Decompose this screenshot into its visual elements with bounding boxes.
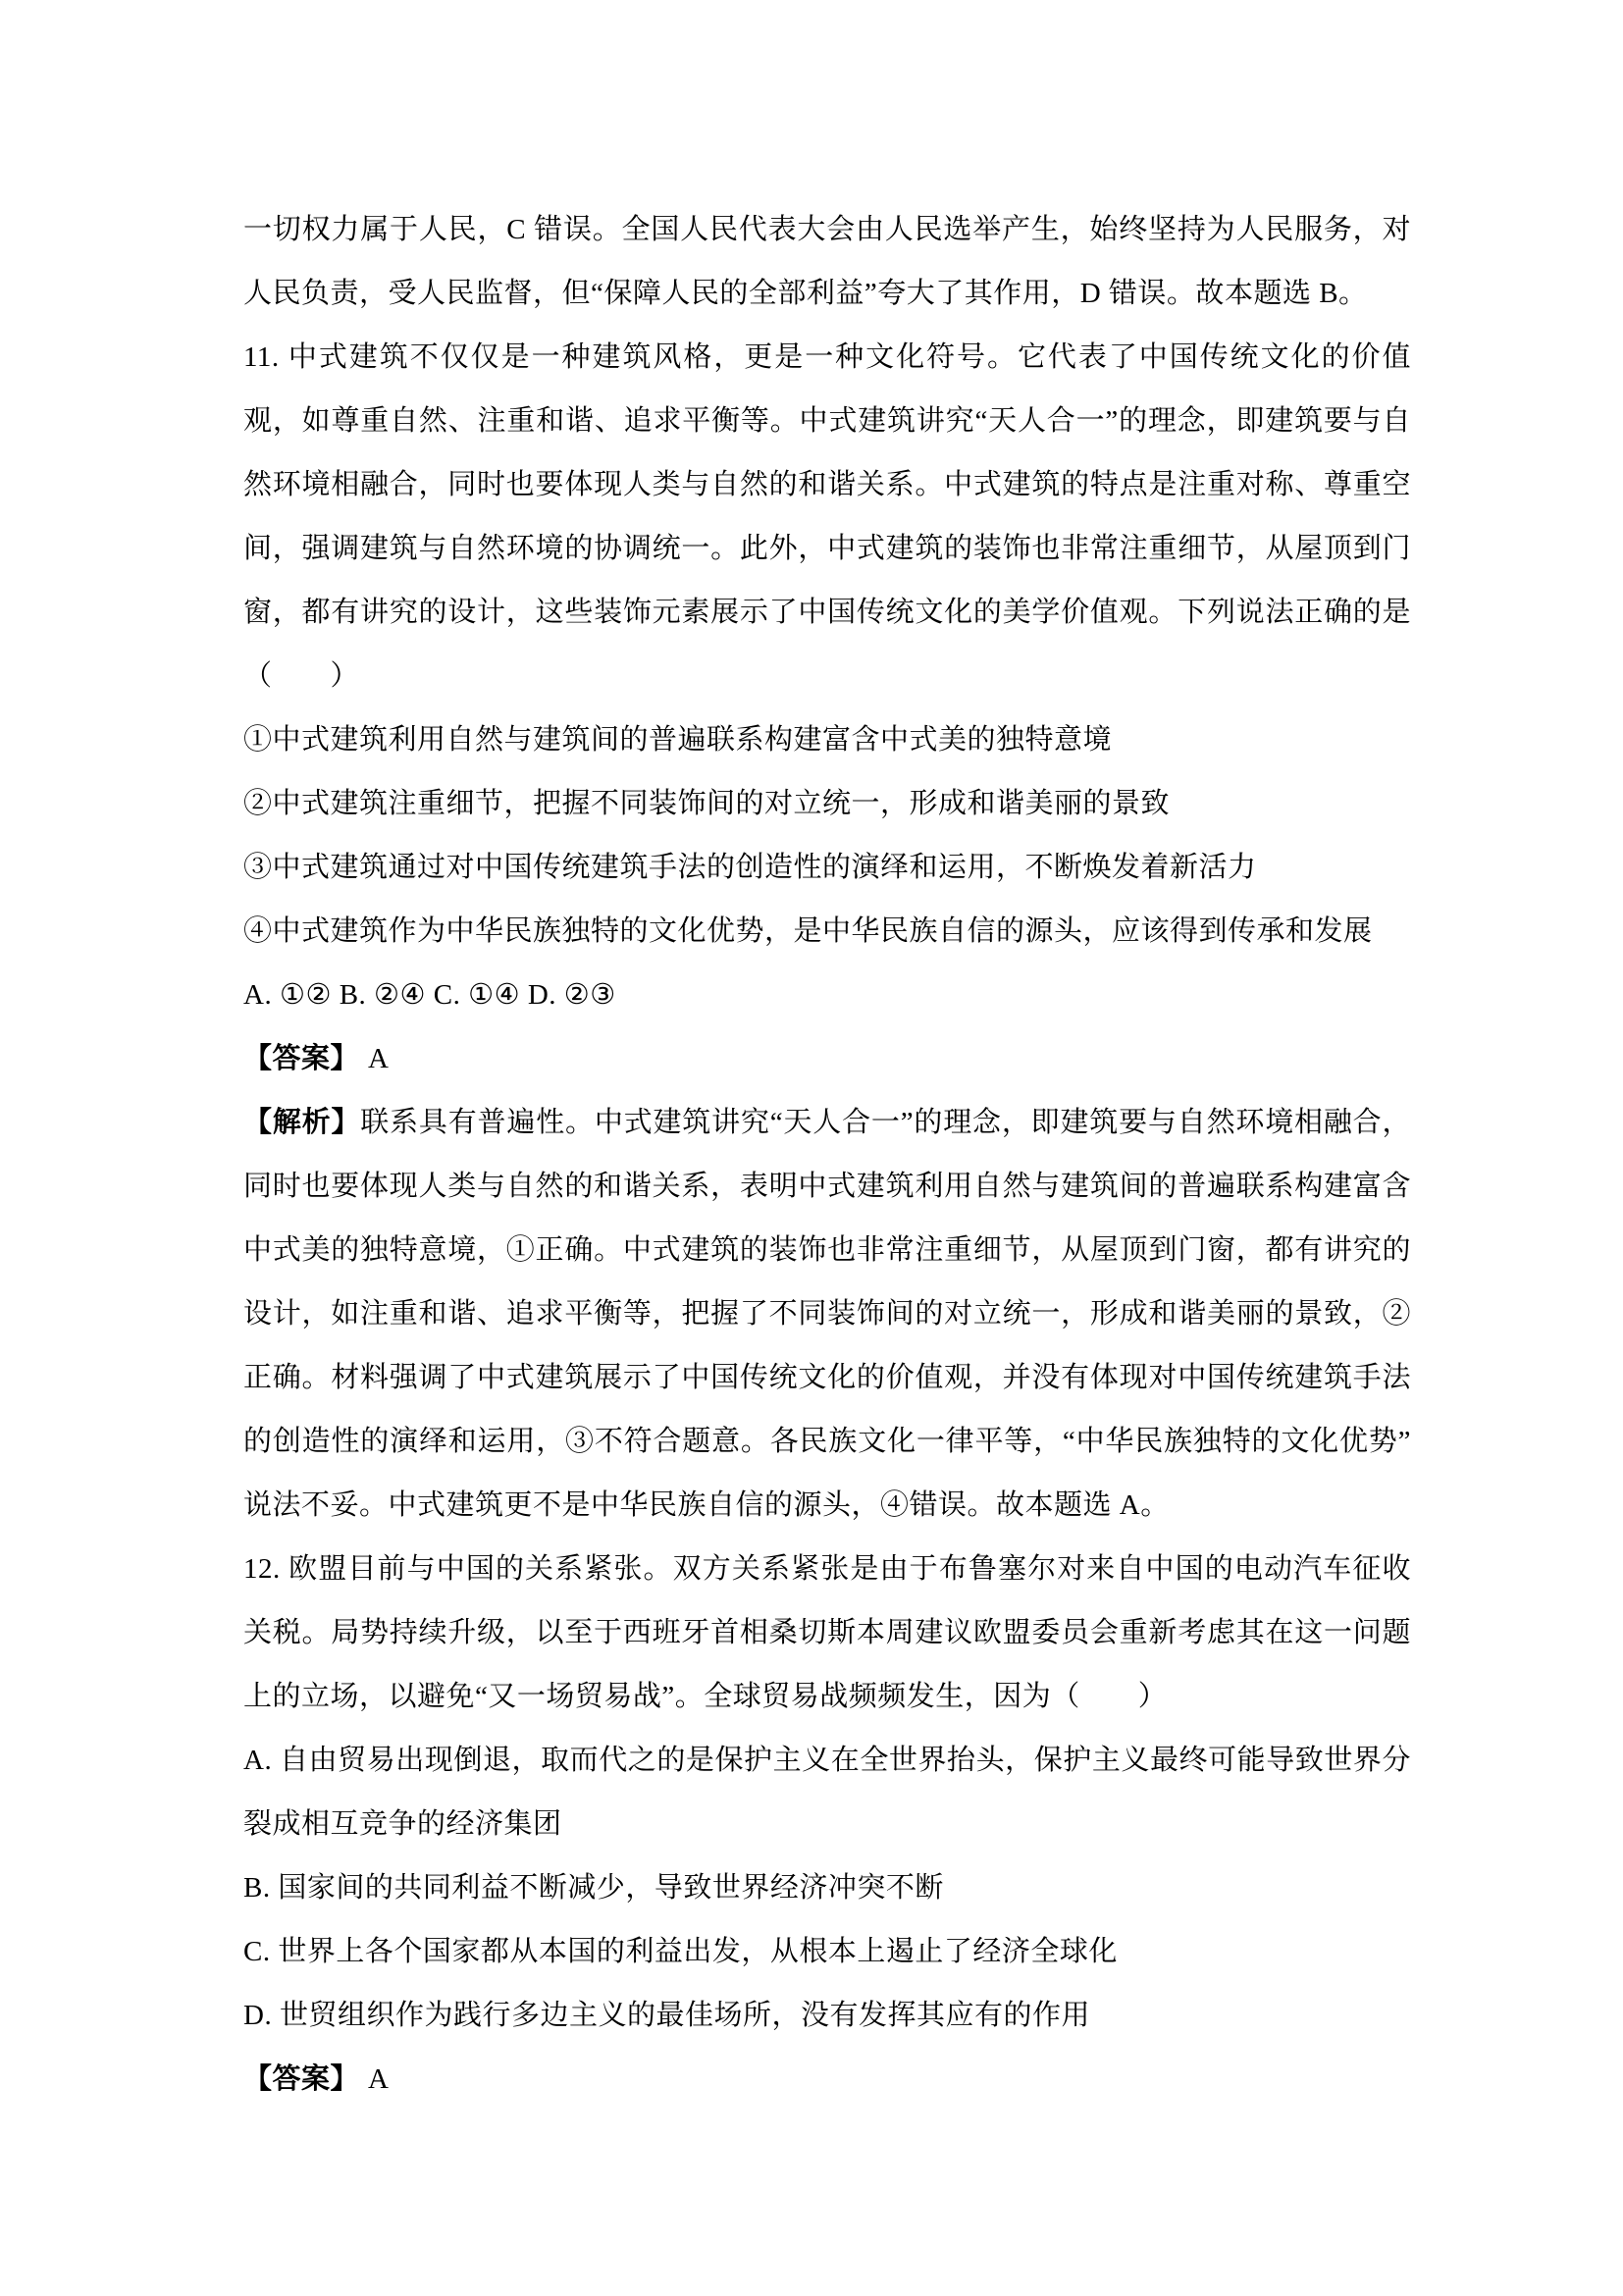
- question-12-option-d: D. 世贸组织作为践行多边主义的最佳场所，没有发挥其应有的作用: [243, 1984, 1411, 2048]
- question-11-stem: 11. 中式建筑不仅仅是一种建筑风格，更是一种文化符号。它代表了中国传统文化的价…: [243, 326, 1411, 708]
- question-11-statement-3: ③中式建筑通过对中国传统建筑手法的创造性的演绎和运用，不断焕发着新活力: [243, 836, 1411, 900]
- answer-label-12: 【答案】: [243, 2063, 359, 2095]
- question-11-statement-2: ②中式建筑注重细节，把握不同装饰间的对立统一，形成和谐美丽的景致: [243, 772, 1411, 836]
- exam-document-page: 一切权力属于人民，C 错误。全国人民代表大会由人民选举产生，始终坚持为人民服务，…: [0, 0, 1623, 2296]
- answer-value-12: A: [359, 2063, 389, 2095]
- question-11-options-line: A. ①② B. ②④ C. ①④ D. ②③: [243, 964, 1411, 1027]
- question-11-statement-1: ①中式建筑利用自然与建筑间的普遍联系构建富含中式美的独特意境: [243, 708, 1411, 772]
- question-12-answer-line: 【答案】A: [243, 2048, 1411, 2112]
- question-11-statement-4: ④中式建筑作为中华民族独特的文化优势，是中华民族自信的源头，应该得到传承和发展: [243, 900, 1411, 964]
- analysis-text-11: 联系具有普遍性。中式建筑讲究“天人合一”的理念，即建筑要与自然环境相融合，同时也…: [243, 1107, 1411, 1521]
- answer-label-11: 【答案】: [243, 1043, 359, 1074]
- question-11-answer-line: 【答案】A: [243, 1027, 1411, 1091]
- analysis-label-11: 【解析】: [243, 1107, 360, 1138]
- question-12-option-a: A. 自由贸易出现倒退，取而代之的是保护主义在全世界抬头，保护主义最终可能导致世…: [243, 1729, 1411, 1856]
- paragraph-question10-explanation-tail: 一切权力属于人民，C 错误。全国人民代表大会由人民选举产生，始终坚持为人民服务，…: [243, 198, 1411, 326]
- question-11-analysis: 【解析】联系具有普遍性。中式建筑讲究“天人合一”的理念，即建筑要与自然环境相融合…: [243, 1091, 1411, 1538]
- question-12-stem: 12. 欧盟目前与中国的关系紧张。双方关系紧张是由于布鲁塞尔对来自中国的电动汽车…: [243, 1538, 1411, 1729]
- question-12-option-c: C. 世界上各个国家都从本国的利益出发，从根本上遏止了经济全球化: [243, 1920, 1411, 1984]
- question-12-option-b: B. 国家间的共同利益不断减少，导致世界经济冲突不断: [243, 1856, 1411, 1920]
- answer-value-11: A: [359, 1043, 389, 1074]
